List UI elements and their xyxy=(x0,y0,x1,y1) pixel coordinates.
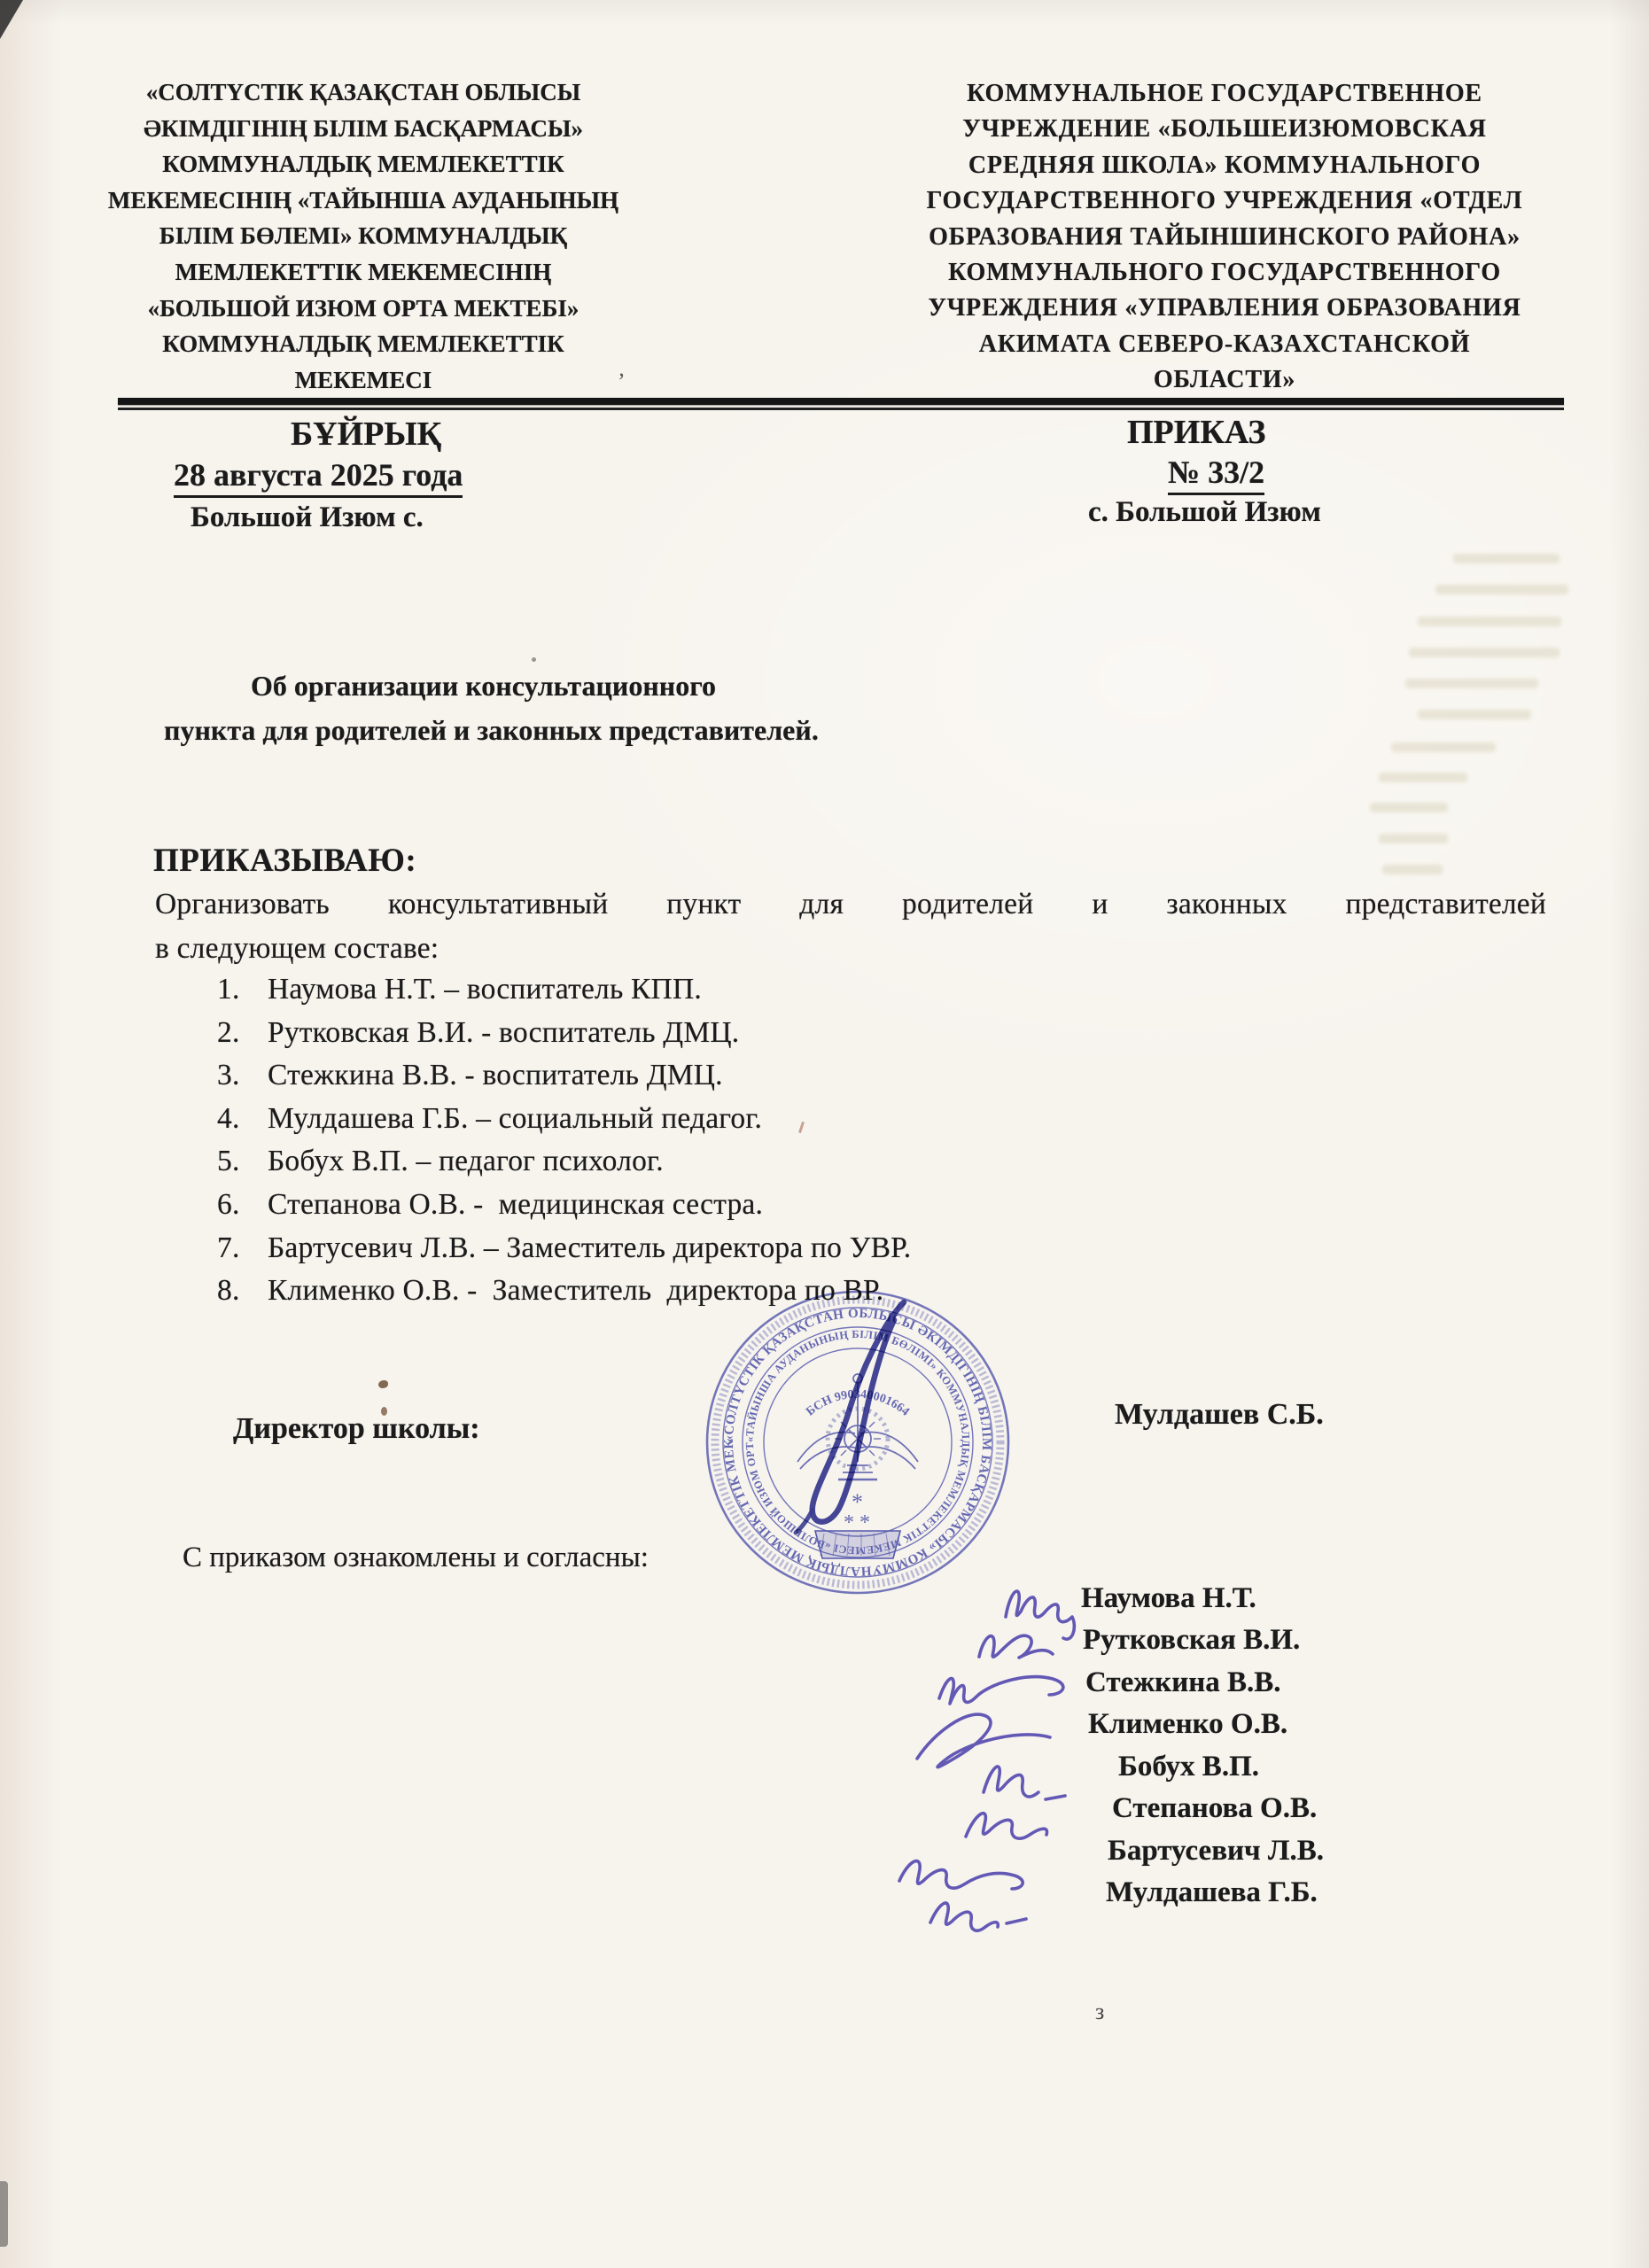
letterhead-ru-line: ГОСУДАРСТВЕННОГО УЧРЕЖДЕНИЯ «ОТДЕЛ xyxy=(875,183,1574,219)
signature-bartusevich xyxy=(899,1861,1023,1889)
order-date: 28 августа 2025 года xyxy=(174,456,463,498)
member-item: 3.Стежкина В.В. - воспитатель ДМЦ. xyxy=(217,1059,911,1102)
letterhead-ru-line: КОММУНАЛЬНОЕ ГОСУДАРСТВЕННОЕ xyxy=(875,76,1574,112)
subject-line: Об организации консультационного xyxy=(251,670,716,703)
letterhead-ru-line: СРЕДНЯЯ ШКОЛА» КОММУНАЛЬНОГО xyxy=(875,148,1574,183)
resolution-word: ПРИКАЗЫВАЮ: xyxy=(153,842,416,880)
paper-speck xyxy=(381,1407,387,1416)
letterhead-ru-line: ОБРАЗОВАНИЯ ТАЙЫНШИНСКОГО РАЙОНА» xyxy=(875,220,1574,255)
member-item: 1.Наумова Н.Т. – воспитатель КПП. xyxy=(217,973,911,1016)
member-number: 3. xyxy=(217,1059,268,1092)
letterhead-kz-line: КОММУНАЛДЫҚ МЕМЛЕКЕТТІК xyxy=(96,326,631,362)
subject-line: пункта для родителей и законных представ… xyxy=(164,714,819,747)
order-title-kz: БҰЙРЫҚ xyxy=(291,415,441,454)
stray-character: з xyxy=(1095,1999,1104,2025)
letterhead-kz-line: КОММУНАЛДЫҚ МЕМЛЕКЕТТІК xyxy=(96,146,631,183)
staff-signatures-ink xyxy=(851,1555,1143,1962)
letterhead-kz-line: МЕМЛЕКЕТТІК МЕКЕМЕСІНІҢ xyxy=(96,254,631,291)
scanned-order-document: «СОЛТҮСТІК ҚАЗАҚСТАН ОБЛЫСЫ ӘКІМДІГІНІҢ … xyxy=(0,0,1649,2268)
order-paragraph-line: Организовать консультативный пункт для р… xyxy=(155,888,1546,921)
letterhead-kz-line: «СОЛТҮСТІК ҚАЗАҚСТАН ОБЛЫСЫ xyxy=(96,74,631,111)
letterhead-kz-line: ӘКІМДІГІНІҢ БІЛІМ БАСҚАРМАСЫ» xyxy=(96,111,631,147)
order-place-ru: с. Большой Изюм xyxy=(1088,496,1321,529)
stray-mark: ’ xyxy=(618,369,626,395)
order-title-ru: ПРИКАЗ xyxy=(1127,413,1265,452)
order-paragraph-line: в следующем составе: xyxy=(155,932,439,966)
director-name: Мулдашев С.Б. xyxy=(1115,1398,1324,1432)
member-text: Стежкина В.В. - воспитатель ДМЦ. xyxy=(268,1059,723,1092)
member-item: 2.Рутковская В.И. - воспитатель ДМЦ. xyxy=(217,1016,911,1060)
member-item: 5.Бобух В.П. – педагог психолог. xyxy=(217,1145,911,1188)
letterhead-ru-line: УЧРЕЖДЕНИЯ «УПРАВЛЕНИЯ ОБРАЗОВАНИЯ xyxy=(875,291,1574,326)
divider-thick-line xyxy=(118,398,1564,405)
member-text: Мулдашева Г.Б. – социальный педагог. xyxy=(268,1102,762,1136)
scan-edge-mark xyxy=(0,2181,8,2247)
member-number: 2. xyxy=(217,1016,268,1050)
member-number: 6. xyxy=(217,1188,268,1222)
member-number: 8. xyxy=(217,1274,268,1308)
member-text: Бобух В.П. – педагог психолог. xyxy=(268,1145,664,1178)
paper-speck xyxy=(532,657,536,662)
letterhead-ru-line: АКИМАТА СЕВЕРО-КАЗАХСТАНСКОЙ xyxy=(875,327,1574,362)
letterhead-ru-line: УЧРЕЖДЕНИЕ «БОЛЬШЕИЗЮМОВСКАЯ xyxy=(875,112,1574,147)
signature-rutkovskaya xyxy=(979,1635,1053,1658)
signature-stepanova xyxy=(966,1814,1047,1838)
scan-corner-mark xyxy=(0,0,23,39)
letterhead-kz-line: МЕКЕМЕСІНІҢ «ТАЙЫНША АУДАНЫНЫҢ xyxy=(96,183,631,219)
divider-thin-line xyxy=(118,408,1564,410)
letterhead-kz-line: МЕКЕМЕСІ xyxy=(96,362,631,399)
member-text: Наумова Н.Т. – воспитатель КПП. xyxy=(268,973,702,1006)
order-place-kz: Большой Изюм с. xyxy=(191,501,424,534)
signature-klimenko xyxy=(917,1714,1050,1767)
paper-speck xyxy=(378,1380,388,1388)
signature-bobukh xyxy=(984,1767,1065,1799)
director-label: Директор школы: xyxy=(233,1412,480,1446)
acknowledgement-label: С приказом ознакомлены и согласны: xyxy=(183,1542,649,1574)
member-text: Степанова О.В. - медицинская сестра. xyxy=(268,1188,763,1222)
signature-naumova xyxy=(1006,1591,1074,1639)
member-text: Рутковская В.И. - воспитатель ДМЦ. xyxy=(268,1016,739,1050)
letterhead-ru-line: КОММУНАЛЬНОГО ГОСУДАРСТВЕННОГО xyxy=(875,255,1574,291)
member-number: 7. xyxy=(217,1231,268,1265)
signature-stezhkina xyxy=(939,1677,1063,1704)
signature-muldasheva xyxy=(930,1903,1026,1930)
letterhead-kz-line: БІЛІМ БӨЛЕМІ» КОММУНАЛДЫҚ xyxy=(96,218,631,254)
member-number: 4. xyxy=(217,1102,268,1136)
letterhead-kz-line: «БОЛЬШОЙ ИЗЮМ ОРТА МЕКТЕБІ» xyxy=(96,291,631,327)
member-number: 1. xyxy=(217,973,268,1006)
member-text: Бартусевич Л.В. – Заместитель директора … xyxy=(268,1231,911,1265)
member-number: 5. xyxy=(217,1145,268,1178)
order-number: № 33/2 xyxy=(1168,454,1264,495)
member-item: 6.Степанова О.В. - медицинская сестра. xyxy=(217,1188,911,1231)
header-divider xyxy=(118,398,1564,410)
letterhead-ru-line: ОБЛАСТИ» xyxy=(875,362,1574,398)
letterhead-russian: КОММУНАЛЬНОЕ ГОСУДАРСТВЕННОЕ УЧРЕЖДЕНИЕ … xyxy=(875,76,1574,399)
letterhead-kazakh: «СОЛТҮСТІК ҚАЗАҚСТАН ОБЛЫСЫ ӘКІМДІГІНІҢ … xyxy=(96,74,631,398)
member-item: 4.Мулдашева Г.Б. – социальный педагог. xyxy=(217,1102,911,1146)
